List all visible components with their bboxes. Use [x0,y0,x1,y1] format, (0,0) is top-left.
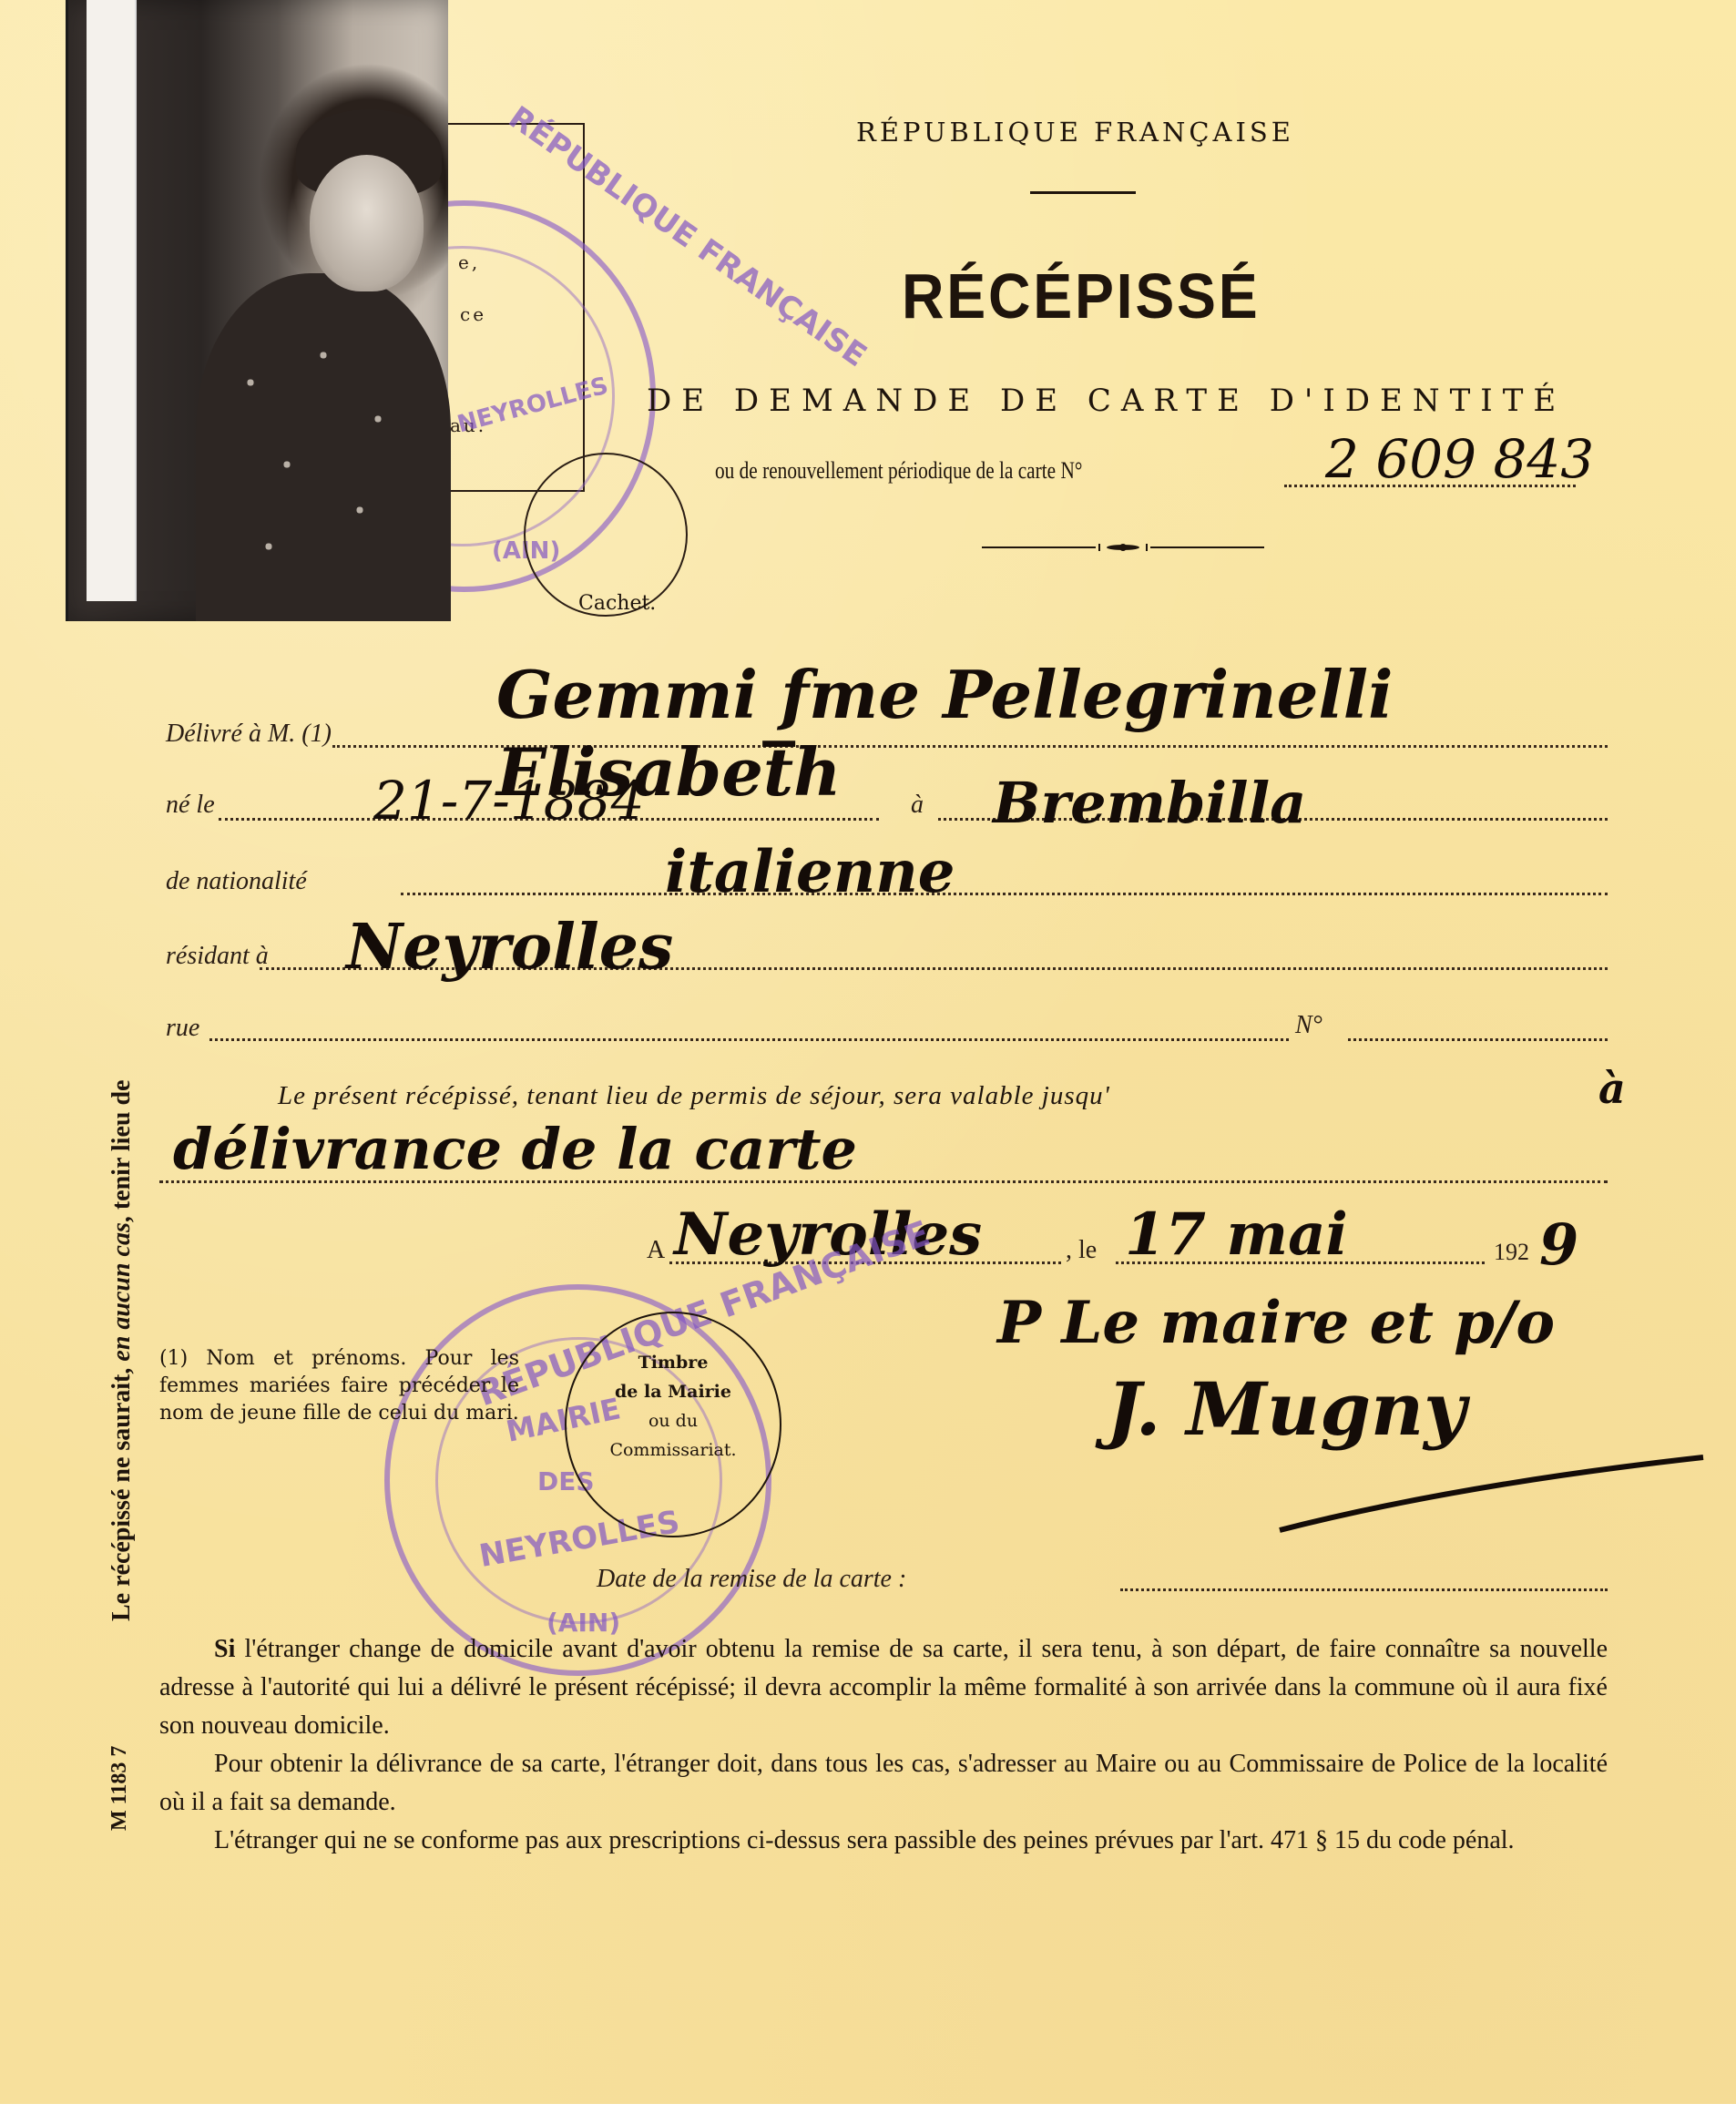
paper-edge [0,2104,1736,2114]
margin-suffix: , tenir lieu de [107,1080,136,1223]
document-subtitle: DE DEMANDE DE CARTE D'IDENTITÉ [647,383,1566,419]
margin-vertical-line: Le récépissé ne saurait, en aucun cas, t… [107,601,137,1621]
delivered-to-label: Délivré à M. (1) [166,720,332,749]
ornamental-divider [982,544,1264,551]
date-value[interactable]: 17 mai [1125,1200,1348,1269]
nationality-label: de nationalité [166,867,307,896]
validity-text: Le présent récépissé, tenant lieu de per… [278,1081,1110,1111]
renewal-line: ou de renouvellement périodique de la ca… [715,457,1082,485]
number-label: N° [1295,1011,1322,1040]
rules-p1-bold: Si [214,1635,235,1663]
signature-underline [1275,1430,1712,1539]
margin-prefix: Le récépissé ne saurait, [107,1362,136,1621]
signature-title: P Le maire et p/o [997,1289,1555,1357]
born-place-value[interactable]: Brembilla [993,770,1306,836]
nationality-line [401,893,1608,895]
footnote: (1) Nom et prénoms. Pour les femmes mari… [159,1345,519,1427]
number-line [1348,1038,1608,1041]
place-at-label: A [647,1236,665,1265]
rules-paragraph-1: Si l'étranger change de domicile avant d… [159,1630,1608,1745]
republic-heading: RÉPUBLIQUE FRANÇAISE [856,117,1294,148]
validity-suffix[interactable]: à [1598,1064,1626,1113]
rules-p1-text: l'étranger change de domicile avant d'av… [159,1635,1608,1740]
margin-italic: en aucun cas [107,1222,136,1361]
document-title: RÉCÉPISSÉ [902,260,1260,332]
photo-subject-body [196,273,451,621]
rules-paragraph-3: L'étranger qui ne se conforme pas aux pr… [159,1822,1608,1860]
residing-label: résidant à [166,942,269,971]
rules-text: Si l'étranger change de domicile avant d… [159,1630,1608,1860]
form-code-text: M 1183 7 [107,1746,132,1831]
margin-vertical-text: Le récépissé ne saurait, en aucun cas, t… [107,601,144,1621]
header-rule [1030,191,1136,194]
validity-value[interactable]: délivrance de la carte [173,1116,857,1182]
handover-line [1120,1588,1608,1591]
card-number-value[interactable]: 2 609 843 [1325,428,1594,490]
street-label: rue [166,1014,199,1043]
date-le-label: , le [1066,1236,1097,1265]
timbre-line-2: de la Mairie [565,1377,781,1406]
timbre-text: Timbre de la Mairie ou du Commissariat. [565,1348,781,1465]
born-label: né le [166,791,215,820]
timbre-line-1: Timbre [565,1348,781,1377]
timbre-line-4: Commissariat. [565,1435,781,1465]
handover-label: Date de la remise de la carte : [597,1565,906,1594]
born-date-value[interactable]: 21-7-1884 [373,770,645,832]
residing-value[interactable]: Neyrolles [346,911,673,984]
born-at-label: à [911,791,924,820]
year-prefix: 192 [1494,1239,1529,1266]
photo-subject-face [310,155,424,291]
renewal-label: ou de renouvellement périodique de la ca… [715,457,1082,484]
applicant-photo [66,0,448,621]
rules-paragraph-2: Pour obtenir la délivrance de sa carte, … [159,1745,1608,1822]
street-line [209,1038,1289,1041]
nationality-value[interactable]: italienne [665,838,955,906]
form-reference-code: M 1183 7 [107,1649,144,1831]
timbre-line-3: ou du [565,1406,781,1435]
year-suffix[interactable]: 9 [1539,1211,1578,1278]
cachet-label: Cachet. [578,592,656,615]
photo-border [87,0,137,601]
